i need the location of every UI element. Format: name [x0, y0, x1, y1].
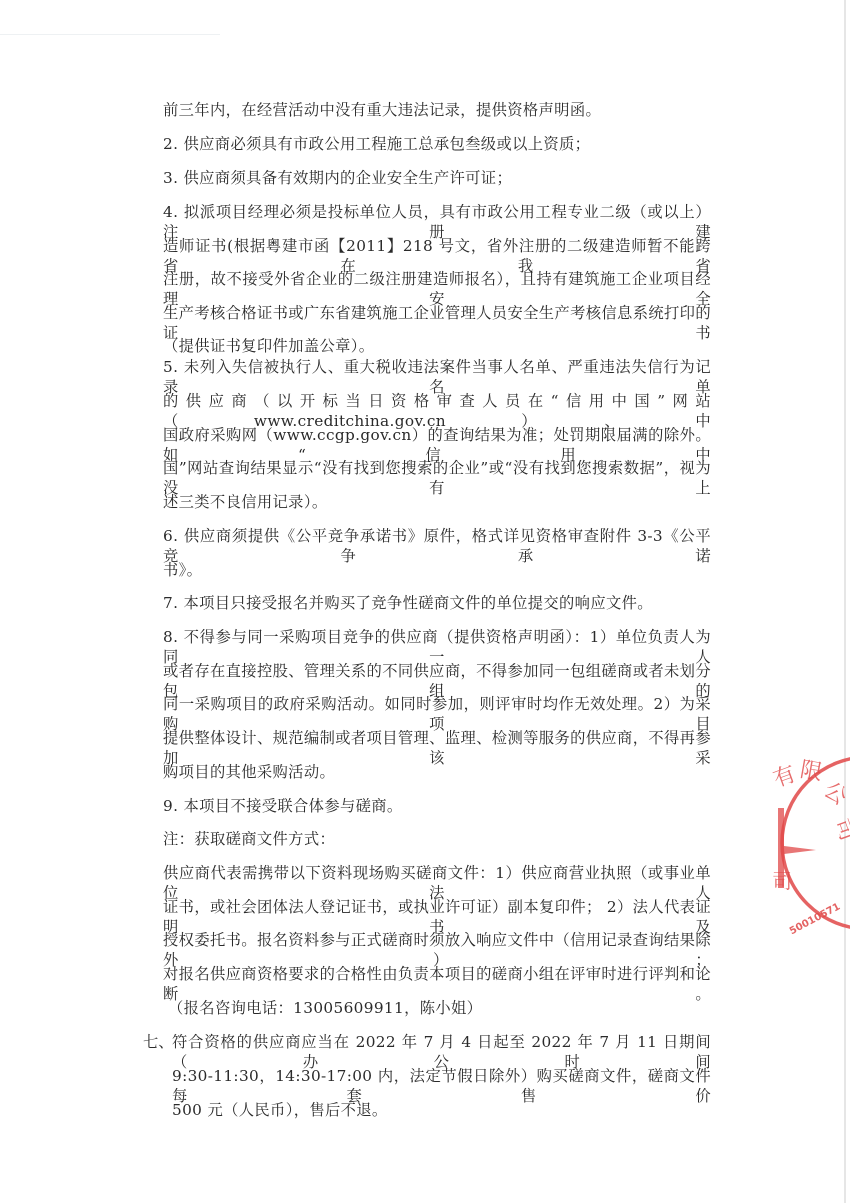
text-line: 前三年内，在经营活动中没有重大违法记录，提供资格声明函。: [163, 100, 601, 120]
company-seal-stamp: 有 限 公 司 司 50010571: [770, 748, 850, 938]
text-line: 书》。: [163, 560, 202, 580]
requirement-2: 2. 供应商必须具有市政公用工程施工总承包叁级或以上资质；: [163, 134, 590, 154]
section-number: 七、: [143, 1032, 174, 1052]
text-line: 500 元（人民币），售后不退。: [172, 1100, 388, 1120]
note-heading: 注：获取磋商文件方式：: [163, 829, 335, 849]
contact-info: （报名咨询电话：13005609911，陈小姐）: [168, 998, 482, 1018]
svg-text:司: 司: [772, 869, 792, 893]
requirement-9: 9. 本项目不接受联合体参与磋商。: [163, 796, 403, 816]
document-page: 前三年内，在经营活动中没有重大违法记录，提供资格声明函。 2. 供应商必须具有市…: [0, 0, 850, 1203]
svg-text:司: 司: [829, 815, 850, 844]
requirement-3: 3. 供应商须具备有效期内的企业安全生产许可证；: [163, 168, 512, 188]
svg-text:有: 有: [770, 762, 799, 793]
text-line: 购项目的其他采购活动。: [163, 762, 335, 782]
svg-text:50010571: 50010571: [788, 901, 842, 937]
text-line: 述三类不良信用记录）。: [163, 492, 327, 512]
text-line: （提供证书复印件加盖公章）。: [163, 336, 374, 356]
requirement-7: 7. 本项目只接受报名并购买了竞争性磋商文件的单位提交的响应文件。: [163, 593, 653, 613]
svg-text:限: 限: [798, 757, 824, 785]
svg-text:公: 公: [819, 778, 850, 811]
requirement-6: 6. 供应商须提供《公平竞争承诺书》原件，格式详见资格审查附件 3-3《公平竞争…: [163, 526, 711, 566]
